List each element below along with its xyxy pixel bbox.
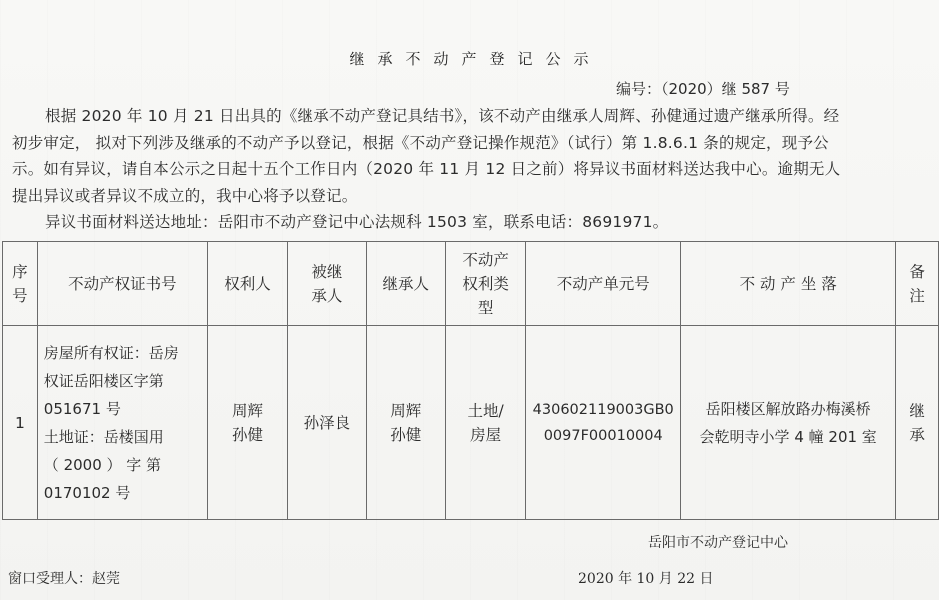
document-title: 继承不动产登记公示 [0,48,939,69]
window-agent: 窗口受理人：赵莞 [8,568,120,588]
notice-line-3: 示。如有异议，请自本公示之日起十五个工作日内（2020 年 11 月 12 日之… [12,156,924,183]
cell-unit-no: 430602119003GB0 0097F00010004 [526,326,681,520]
notice-body: 根据 2020 年 10 月 21 日出具的《继承不动产登记具结书》，该不动产由… [12,103,924,236]
cell-decedent: 孙泽良 [288,326,366,520]
notice-line-1: 根据 2020 年 10 月 21 日出具的《继承不动产登记具结书》，该不动产由… [12,103,924,130]
table-header-row: 序 号 不动产权证书号 权利人 被继 承人 继承人 不动产 权利类 型 不动产单… [3,242,939,326]
cell-holder: 周辉 孙健 [207,326,287,520]
issuing-organization: 岳阳市不动产登记中心 [648,532,788,552]
notice-line-4: 提出异议或者异议不成立的，我中心将予以登记。 [12,183,924,210]
cell-seq: 1 [3,326,38,520]
header-holder: 权利人 [207,242,287,326]
registration-table: 序 号 不动产权证书号 权利人 被继 承人 继承人 不动产 权利类 型 不动产单… [2,241,939,520]
cell-heir: 周辉 孙健 [366,326,445,520]
cell-location: 岳阳楼区解放路办梅溪桥 会乾明寺小学 4 幢 201 室 [681,326,896,520]
issue-date: 2020 年 10 月 22 日 [578,568,714,588]
cell-right-type: 土地/ 房屋 [445,326,525,520]
document-number: 编号：（2020）继 587 号 [616,78,790,99]
header-location: 不 动 产 坐 落 [681,242,896,326]
header-heir: 继承人 [366,242,445,326]
notice-line-2: 初步审定， 拟对下列涉及继承的不动产予以登记，根据《不动产登记操作规范》（试行）… [12,130,924,157]
header-decedent: 被继 承人 [288,242,366,326]
objection-address: 异议书面材料送达地址：岳阳市不动产登记中心法规科 1503 室，联系电话：869… [12,209,924,236]
header-unit-no: 不动产单元号 [526,242,681,326]
cell-cert-no: 房屋所有权证：岳房 权证岳阳楼区字第 051671 号 土地证：岳楼国用 （ 2… [37,326,207,520]
table-row: 1 房屋所有权证：岳房 权证岳阳楼区字第 051671 号 土地证：岳楼国用 （… [3,326,939,520]
cell-remark: 继 承 [896,326,939,520]
header-seq: 序 号 [3,242,38,326]
header-right-type: 不动产 权利类 型 [445,242,525,326]
header-remark: 备 注 [896,242,939,326]
header-cert-no: 不动产权证书号 [37,242,207,326]
